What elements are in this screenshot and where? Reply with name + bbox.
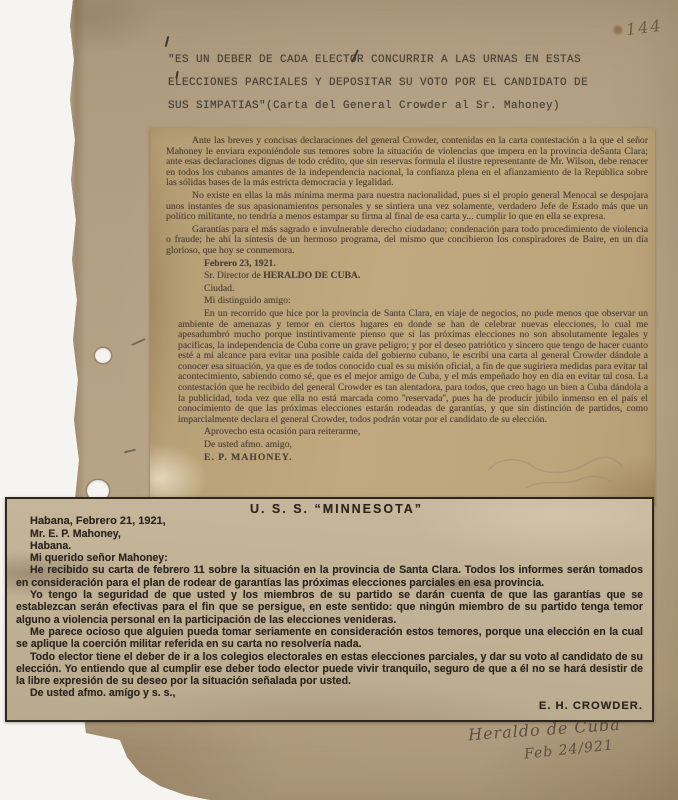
handwritten-page-number: 144 xyxy=(625,16,664,39)
letter-valediction: De usted afmo. amígo y s. s., xyxy=(16,687,643,699)
typed-title-block: "ES UN DEBER DE CADA ELECTOR CONCURRIR A… xyxy=(168,49,608,118)
editorial-paragraph: Garantías para el más sagrado e invulner… xyxy=(166,225,648,257)
recipient-name: HERALDO DE CUBA. xyxy=(263,270,360,281)
title-line-3: SUS SIMPATIAS"(Carta del General Crowder… xyxy=(168,95,608,118)
mahoney-letter-body: Febrero 23, 1921. Sr. Director de HERALD… xyxy=(178,259,648,464)
ink-tick-mark xyxy=(165,36,170,47)
letter-salutation: Mi querido señor Mahoney: xyxy=(16,552,643,564)
letter-dateline: Habana, Febrero 21, 1921, xyxy=(16,515,643,527)
scanned-document-page: "ES UN DEBER DE CADA ELECTOR CONCURRIR A… xyxy=(0,0,678,800)
letter-closing: Aprovecho esta ocasión para reiterarme, xyxy=(178,427,648,438)
recipient-prefix: Sr. Director de xyxy=(204,270,263,281)
letter-paragraph: He recibido su carta de febrero 11 sobre… xyxy=(16,564,643,589)
letter-paragraph: Me parece ocioso que alguien pueda tomar… xyxy=(16,626,643,651)
title-line-1: "ES UN DEBER DE CADA ELECTOR CONCURRIR A… xyxy=(168,49,608,72)
letter-signature: E. H. CROWDER. xyxy=(16,700,643,712)
letterhead-ship-name: U. S. S. “MINNESOTA” xyxy=(16,503,643,515)
handwritten-date-note: Feb 24/921 xyxy=(523,737,614,762)
letter-salutation: Mi distinguido amigo: xyxy=(178,296,648,307)
letter-recipient: Sr. Director de HERALDO DE CUBA. xyxy=(178,271,648,282)
clipping-mahoney-letter: Ante las breves y concisas declaraciones… xyxy=(150,128,655,505)
pencil-dash-mark xyxy=(131,338,146,346)
letter-city: Ciudad. xyxy=(178,284,648,295)
letter-recipient: Mr. E. P. Mahoney, xyxy=(16,528,643,540)
punch-hole xyxy=(95,348,111,363)
letter-paragraph: Yo tengo la seguridad de que usted y los… xyxy=(16,589,643,626)
letter-paragraph: Todo elector tiene el deber de ir a los … xyxy=(16,651,643,688)
letter-date: Febrero 23, 1921. xyxy=(178,259,648,270)
clipping-crowder-letter: U. S. S. “MINNESOTA” Habana, Febrero 21,… xyxy=(5,497,654,722)
editorial-paragraph: Ante las breves y concisas declaraciones… xyxy=(166,136,648,189)
editorial-paragraph: No existe en ellas la más mínima merma p… xyxy=(166,191,648,223)
letter-valediction: De usted afmo. amigo, xyxy=(178,440,648,451)
title-line-2: ELECCIONES PARCIALES Y DEPOSITAR SU VOTO… xyxy=(168,72,608,95)
letter-body-paragraph: En un recorrido que hice por la provinci… xyxy=(178,309,648,426)
faint-pencil-scribble xyxy=(482,452,627,500)
letter-recipient-city: Habana. xyxy=(16,540,643,552)
pencil-dash-mark xyxy=(124,449,136,454)
